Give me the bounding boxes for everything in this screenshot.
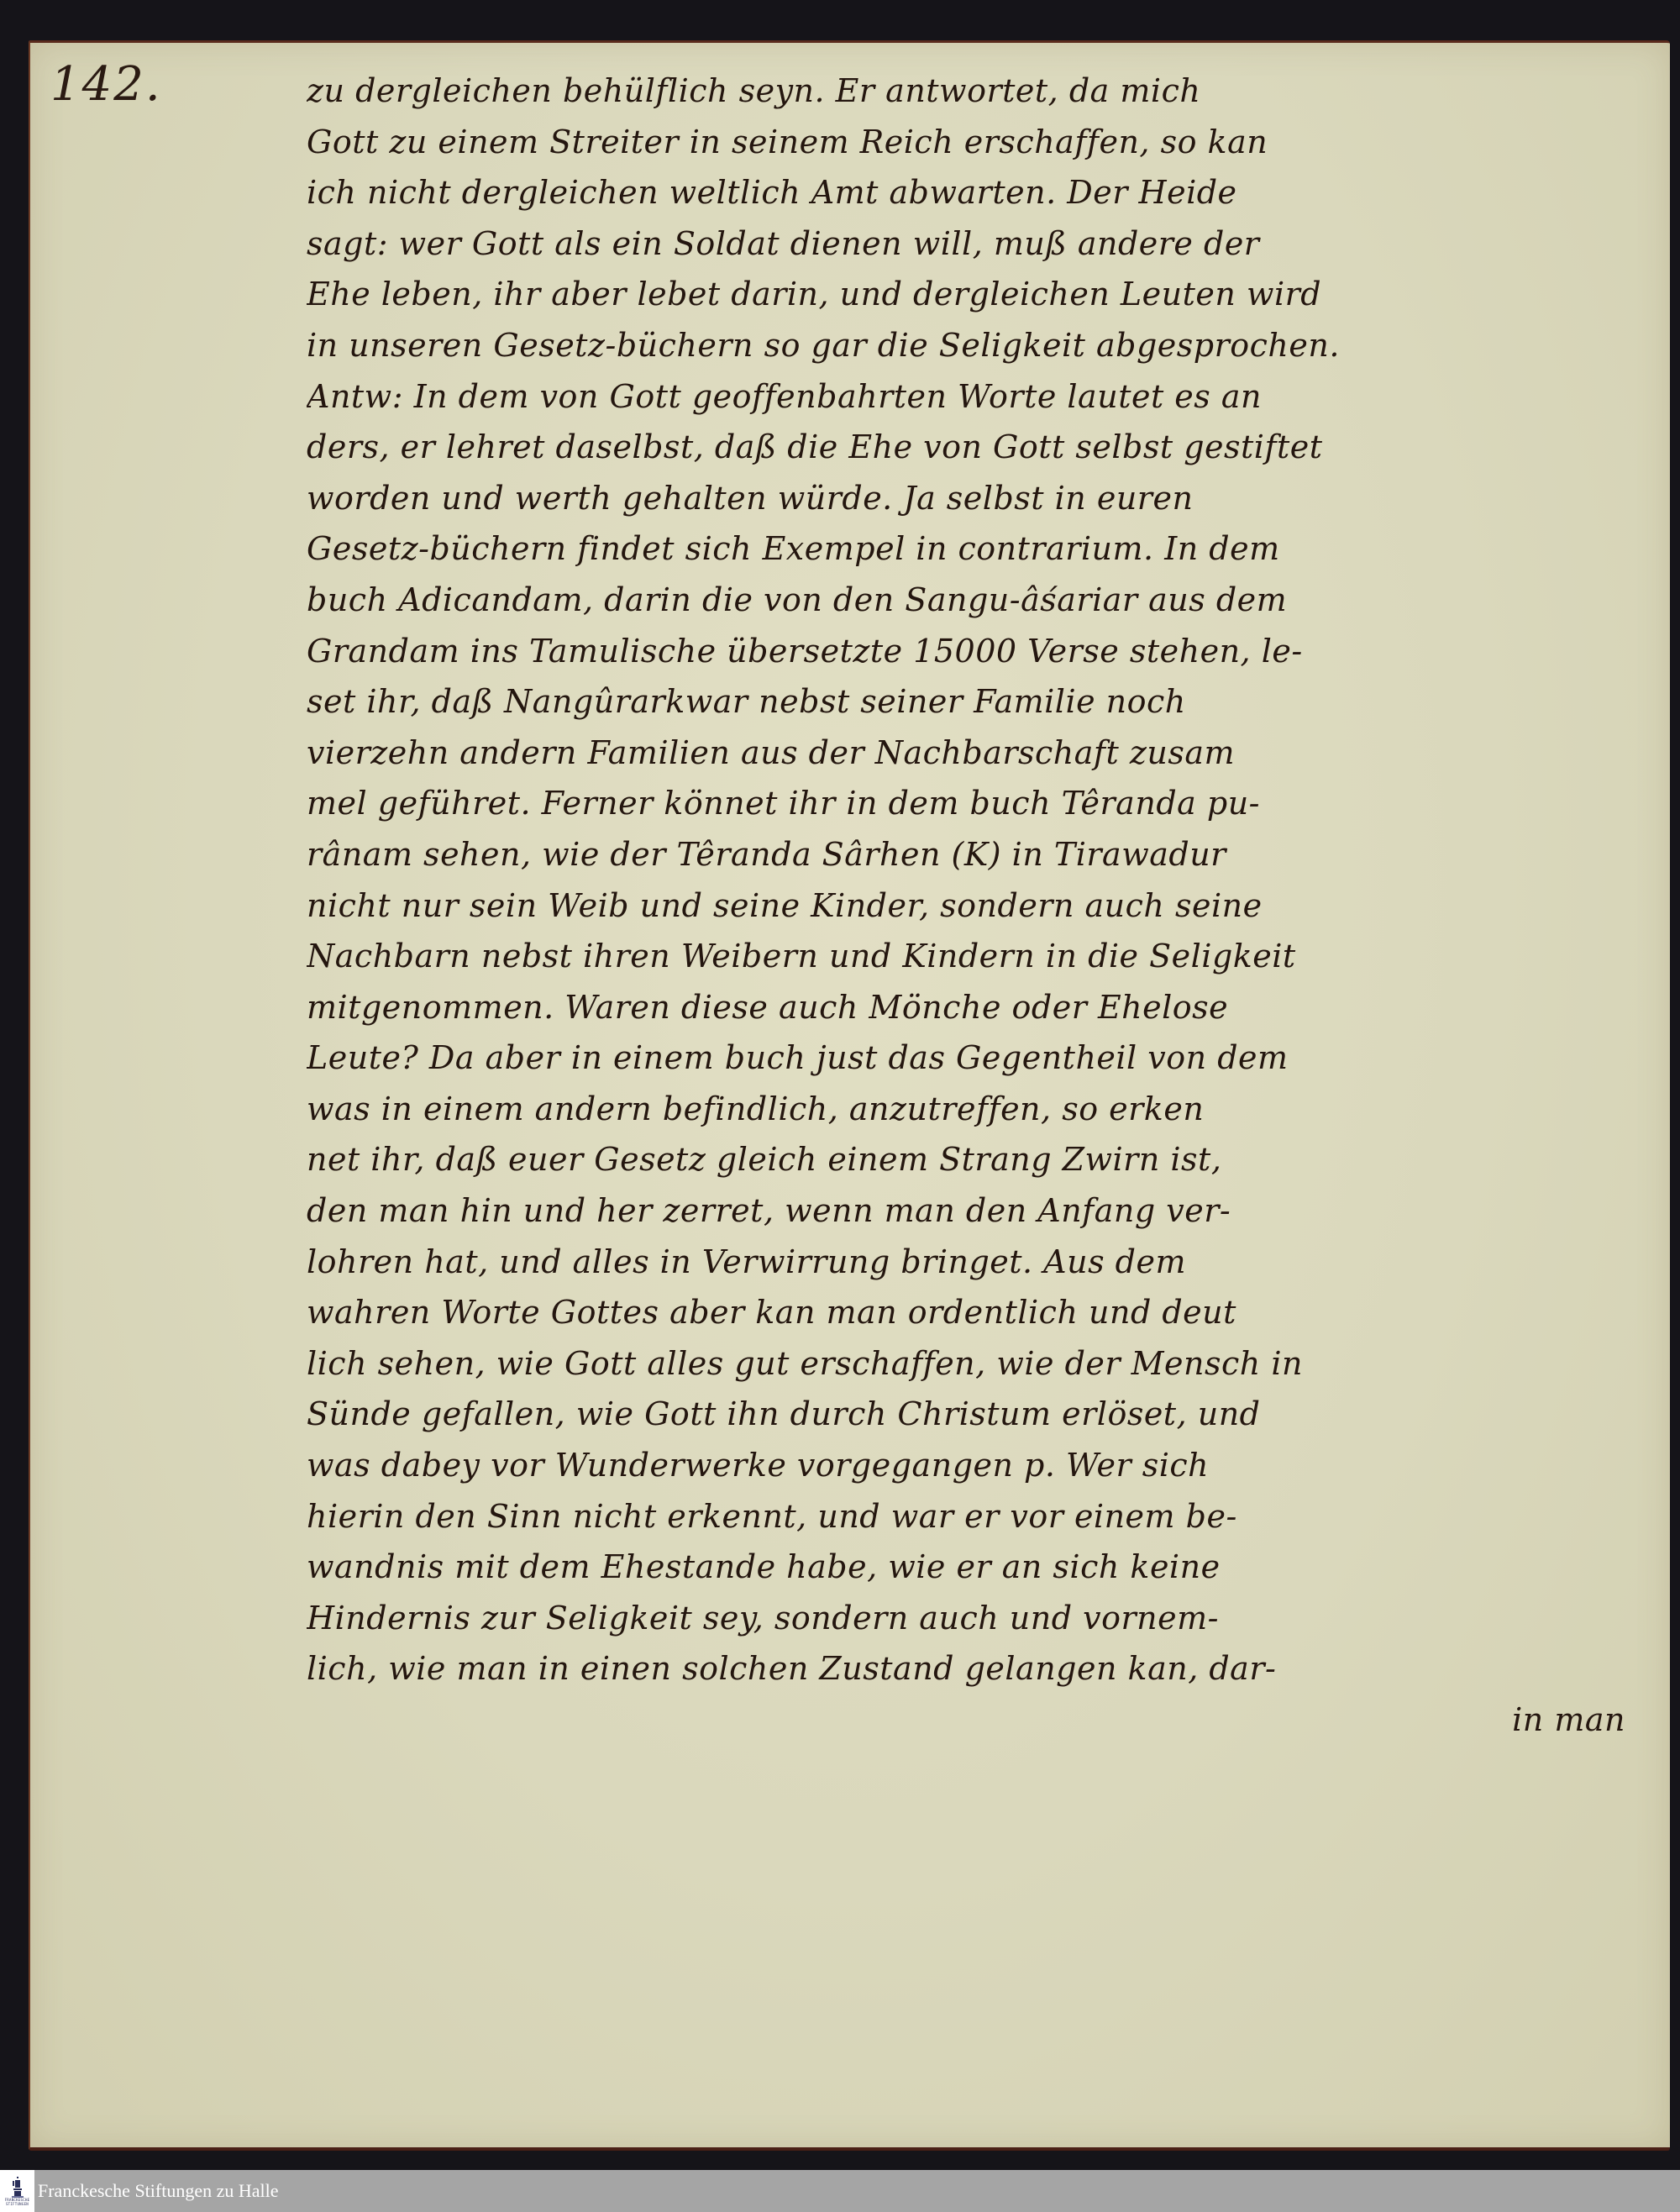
text-line: set ihr, daß Nangûrarkwar nebst seiner F… xyxy=(307,676,1651,728)
text-line: in unseren Gesetz-büchern so gar die Sel… xyxy=(307,320,1651,371)
text-line: lich sehen, wie Gott alles gut erschaffe… xyxy=(307,1338,1651,1390)
handwritten-text-block: zu dergleichen behülflich seyn. Er antwo… xyxy=(307,66,1651,1746)
footer-bar: FRANCKESCHE STIFTUNGEN Franckesche Stift… xyxy=(0,2170,1680,2212)
text-line: buch Adicandam, darin die von den Sangu-… xyxy=(307,575,1651,626)
text-line: Grandam ins Tamulische übersetzte 15000 … xyxy=(307,626,1651,677)
text-line: Leute? Da aber in einem buch just das Ge… xyxy=(307,1032,1651,1084)
text-line: wandnis mit dem Ehestande habe, wie er a… xyxy=(307,1542,1651,1593)
logo-caption: FRANCKESCHE STIFTUNGEN xyxy=(5,2198,30,2206)
text-line: den man hin und her zerret, wenn man den… xyxy=(307,1185,1651,1237)
text-line: Sünde gefallen, wie Gott ihn durch Chris… xyxy=(307,1389,1651,1440)
text-line: zu dergleichen behülflich seyn. Er antwo… xyxy=(307,66,1651,117)
text-line: worden und werth gehalten würde. Ja selb… xyxy=(307,473,1651,524)
text-line: hierin den Sinn nicht erkennt, und war e… xyxy=(307,1491,1651,1542)
text-line: net ihr, daß euer Gesetz gleich einem St… xyxy=(307,1134,1651,1185)
text-line: lohren hat, und alles in Verwirrung brin… xyxy=(307,1237,1651,1288)
text-line: wahren Worte Gottes aber kan man ordentl… xyxy=(307,1287,1651,1338)
catchword: in man xyxy=(307,1694,1651,1746)
text-line: ich nicht dergleichen weltlich Amt abwar… xyxy=(307,167,1651,218)
text-line: Ehe leben, ihr aber lebet darin, und der… xyxy=(307,269,1651,320)
manuscript-scan: 142. zu dergleichen behülflich seyn. Er … xyxy=(0,0,1680,2170)
text-line: Nachbarn nebst ihren Weibern und Kindern… xyxy=(307,931,1651,982)
text-line: rânam sehen, wie der Têranda Sârhen (K) … xyxy=(307,829,1651,880)
institution-name: Franckesche Stiftungen zu Halle xyxy=(38,2177,279,2205)
text-line: mitgenommen. Waren diese auch Mönche ode… xyxy=(307,982,1651,1033)
text-line: vierzehn andern Familien aus der Nachbar… xyxy=(307,728,1651,779)
text-line: Antw: In dem von Gott geoffenbahrten Wor… xyxy=(307,371,1651,423)
text-line: Gesetz-büchern findet sich Exempel in co… xyxy=(307,523,1651,575)
page-number: 142. xyxy=(50,57,162,112)
text-line: sagt: wer Gott als ein Soldat dienen wil… xyxy=(307,218,1651,270)
text-line: ders, er lehret daselbst, daß die Ehe vo… xyxy=(307,422,1651,473)
text-line: Gott zu einem Streiter in seinem Reich e… xyxy=(307,117,1651,168)
text-line: Hindernis zur Seligkeit sey, sondern auc… xyxy=(307,1593,1651,1644)
text-line: lich, wie man in einen solchen Zustand g… xyxy=(307,1643,1651,1694)
text-line: mel geführet. Ferner könnet ihr in dem b… xyxy=(307,778,1651,829)
franckesche-stiftungen-logo: FRANCKESCHE STIFTUNGEN xyxy=(0,2170,34,2212)
text-line: was dabey vor Wunderwerke vorgegangen p.… xyxy=(307,1440,1651,1491)
text-line: nicht nur sein Weib und seine Kinder, so… xyxy=(307,880,1651,932)
statue-icon xyxy=(12,2176,24,2198)
text-line: was in einem andern befindlich, anzutref… xyxy=(307,1084,1651,1135)
